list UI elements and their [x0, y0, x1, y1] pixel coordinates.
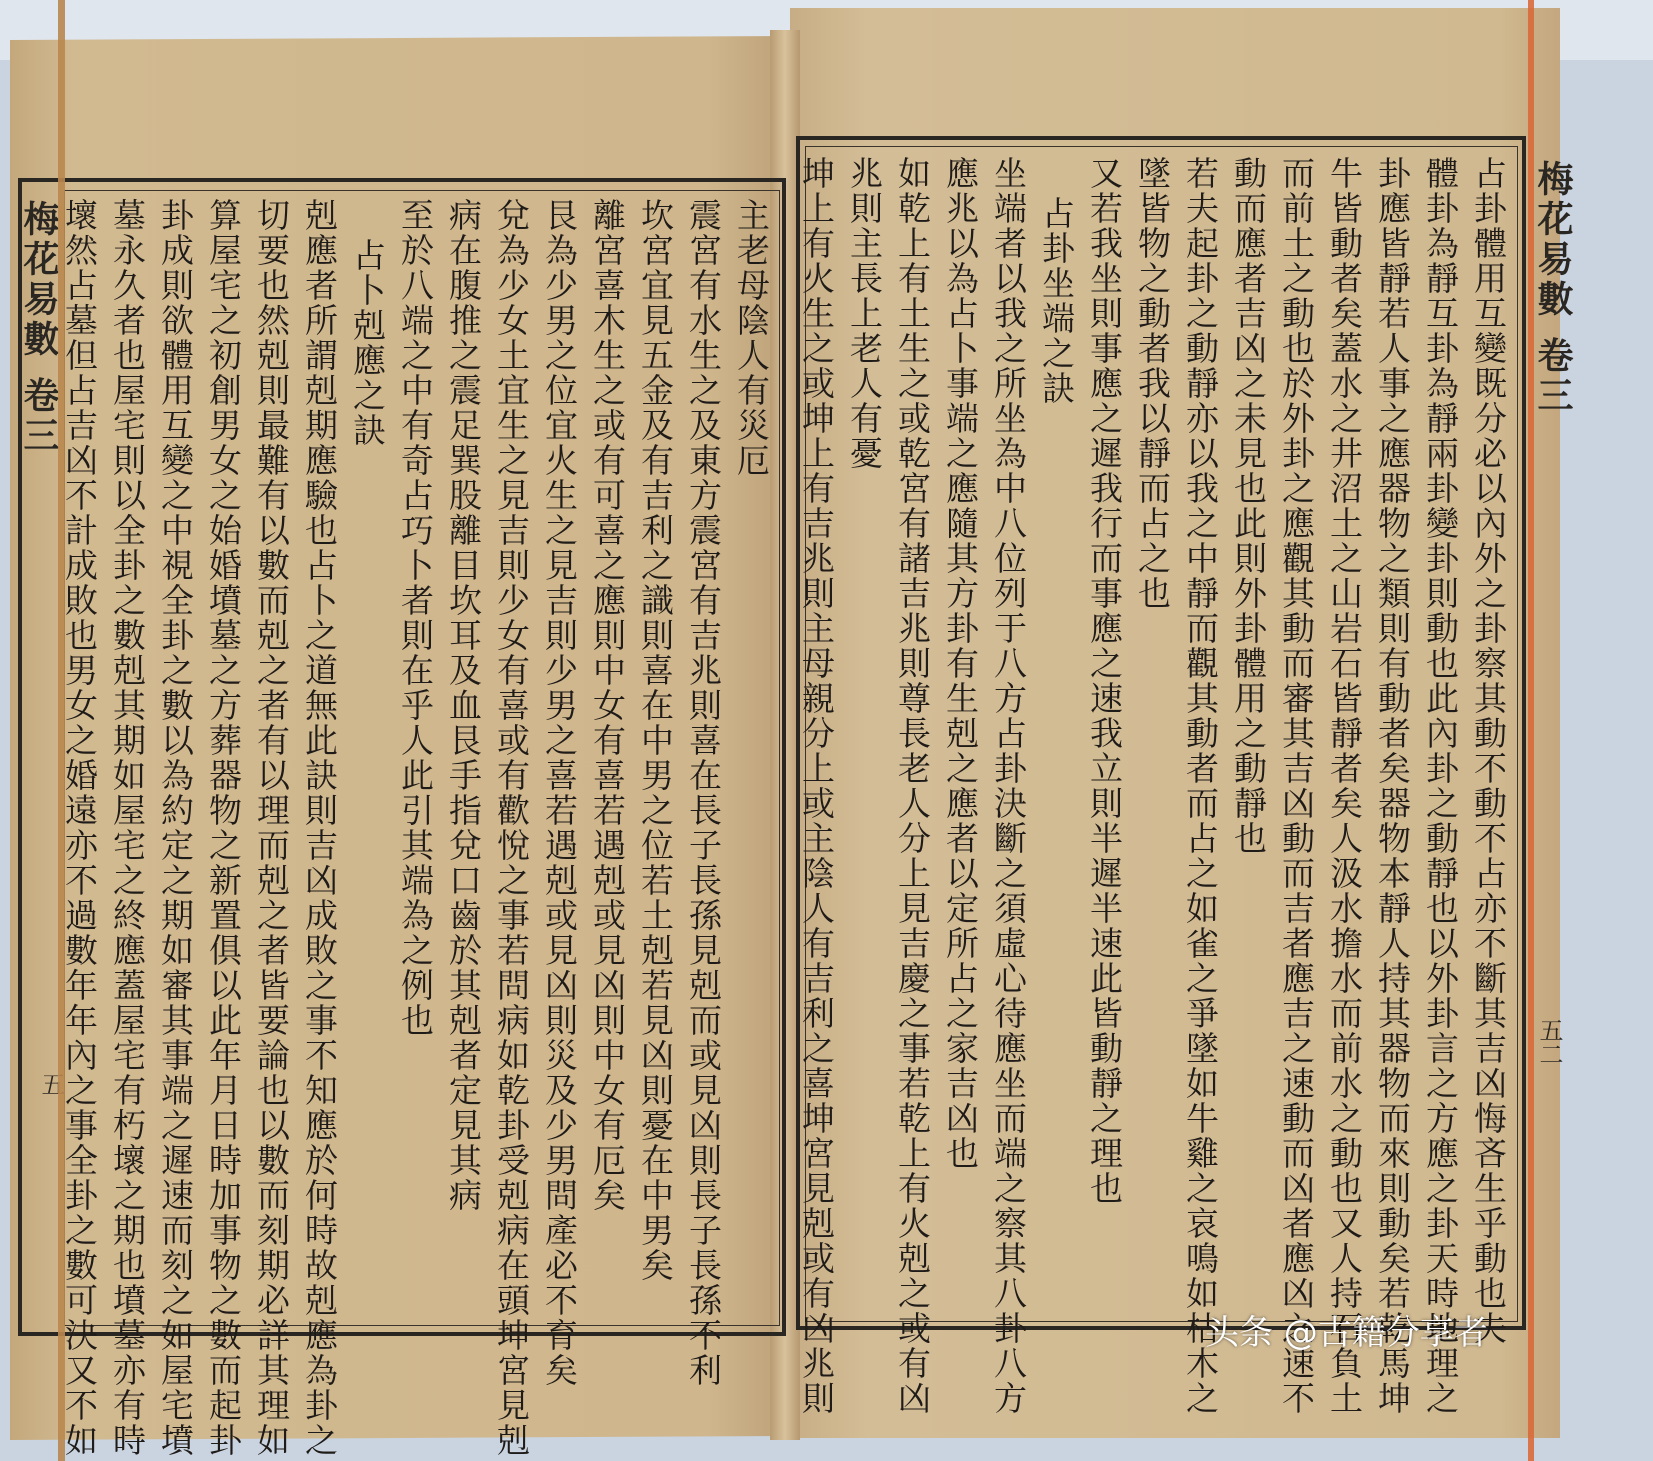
- text-column: 兌為少女土宜生之見吉則少女有喜或有歡悅之事若問病如乾卦受剋病在頭坤宮見剋: [487, 198, 535, 1318]
- text-column: 剋應者所謂剋期應驗也占卜之道無此訣則吉凶成敗之事不知應於何時故剋應為卦之: [295, 198, 343, 1318]
- binding-thread-right: [1528, 0, 1534, 1461]
- text-column: 占卦體用互變既分必以內外之卦察其動不動不占亦不斷其吉凶悔吝生乎動也夫: [1464, 156, 1512, 1316]
- text-column: 卦應皆靜若人事之應器物之類則有動者矣器物本靜人持其器物而來則動矣若乾馬坤: [1368, 156, 1416, 1316]
- text-column: 而前土之動也於外卦之應觀其動而審其吉凶動而吉者應吉之速動而凶者應凶之速不: [1272, 156, 1320, 1316]
- watermark: 头条 @古籍分享者: [1205, 1305, 1488, 1354]
- text-column: 墓永久者也屋宅則以全卦之數剋其期如屋宅之終應蓋屋宅有朽壞之期也墳墓亦有時: [103, 198, 151, 1318]
- right-page-text: 占卦體用互變既分必以內外之卦察其動不動不占亦不斷其吉凶悔吝生乎動也夫 體卦為靜互…: [812, 156, 1512, 1316]
- right-page-number: 五二: [1532, 1018, 1567, 1066]
- book-title: 梅花易數: [18, 200, 60, 360]
- text-column: 艮為少男之位宜火生之見吉則少男之喜若遇剋或見凶則災及少男問產必不育矣: [535, 198, 583, 1318]
- text-column: 又若我坐則事應之遲我行而事應之速我立則半遲半速此皆動靜之理也: [1080, 156, 1128, 1316]
- right-margin-book-title: 梅花易數 卷三: [1528, 160, 1579, 417]
- text-column: 兆則主長上老人有憂: [840, 156, 888, 1316]
- text-column: 若夫起卦之動靜亦以我之中靜而觀其動者而占之如雀之爭墜如牛雞之哀鳴如枯木之: [1176, 156, 1224, 1316]
- text-column: 動而應者吉凶之未見也此則外卦體用之動靜也: [1224, 156, 1272, 1316]
- text-column: 坎宮宜見五金及有吉利之識則喜在中男之位若土剋若見凶則憂在中男矣: [631, 198, 679, 1318]
- text-column: 離宮喜木生之或有可喜之應則中女有喜若遇剋或見凶則中女有厄矣: [583, 198, 631, 1318]
- text-column: 墜皆物之動者我以靜而占之也: [1128, 156, 1176, 1316]
- left-page-text: 主老母陰人有災厄 震宮有水生之及東方震宮有吉兆則喜在長子長孫見剋而或見凶則長子長…: [70, 198, 775, 1318]
- text-column: 至於八端之中有奇占巧卜者則在乎人此引其端為之例也: [391, 198, 439, 1318]
- binding-thread-left: [58, 0, 65, 1461]
- volume-label: 卷三: [1532, 337, 1574, 417]
- text-column: 算屋宅之初創男女之始婚墳墓之方葬器物之新置俱以此年月日時加事物之數而起卦: [199, 198, 247, 1318]
- section-heading: 占卜剋應之訣: [343, 198, 391, 1318]
- text-column: 應兆以為占卜事端之應隨其方卦有生剋之應者以定所占之家吉凶也: [936, 156, 984, 1316]
- text-column: 坐端者以我之所坐為中八位列于八方占卦決斷之須虛心待應坐而端之察其八卦八方: [984, 156, 1032, 1316]
- text-column: 坤上有火生之或坤上有吉兆則主母親分上或主陰人有吉利之喜坤宮見剋或有凶兆則: [792, 156, 840, 1316]
- text-column: 牛皆動者矣蓋水之井沼土之山岩石皆靜者矣人汲水擔水而前水之動也又人持石負土: [1320, 156, 1368, 1316]
- section-heading: 占卦坐端之訣: [1032, 156, 1080, 1316]
- book-title: 梅花易數: [1532, 160, 1574, 320]
- text-column: 震宮有水生之及東方震宮有吉兆則喜在長子長孫見剋而或見凶則長子長孫不利: [679, 198, 727, 1318]
- text-column: 主老母陰人有災厄: [727, 198, 775, 1318]
- text-column: 切要也然剋則最難有以數而剋之者有以理而剋之者皆要論也以數而刻期必詳其理如: [247, 198, 295, 1318]
- text-column: 卦成則欲體用互變之中視全卦之數以為約定之期如審其事端之遲速而刻之如屋宅墳: [151, 198, 199, 1318]
- text-column: 如乾上有土生之或乾宮有諸吉兆則尊長老人分上見吉慶之事若乾上有火剋之或有凶: [888, 156, 936, 1316]
- text-column: 體卦為靜互卦為靜兩卦變卦則動也此內卦之動靜也以外卦言之方應之卦天時地理之: [1416, 156, 1464, 1316]
- volume-label: 卷三: [18, 377, 60, 457]
- text-column: 病在腹推之震足巽股離目坎耳及血艮手指兌口齒於其剋者定見其病: [439, 198, 487, 1318]
